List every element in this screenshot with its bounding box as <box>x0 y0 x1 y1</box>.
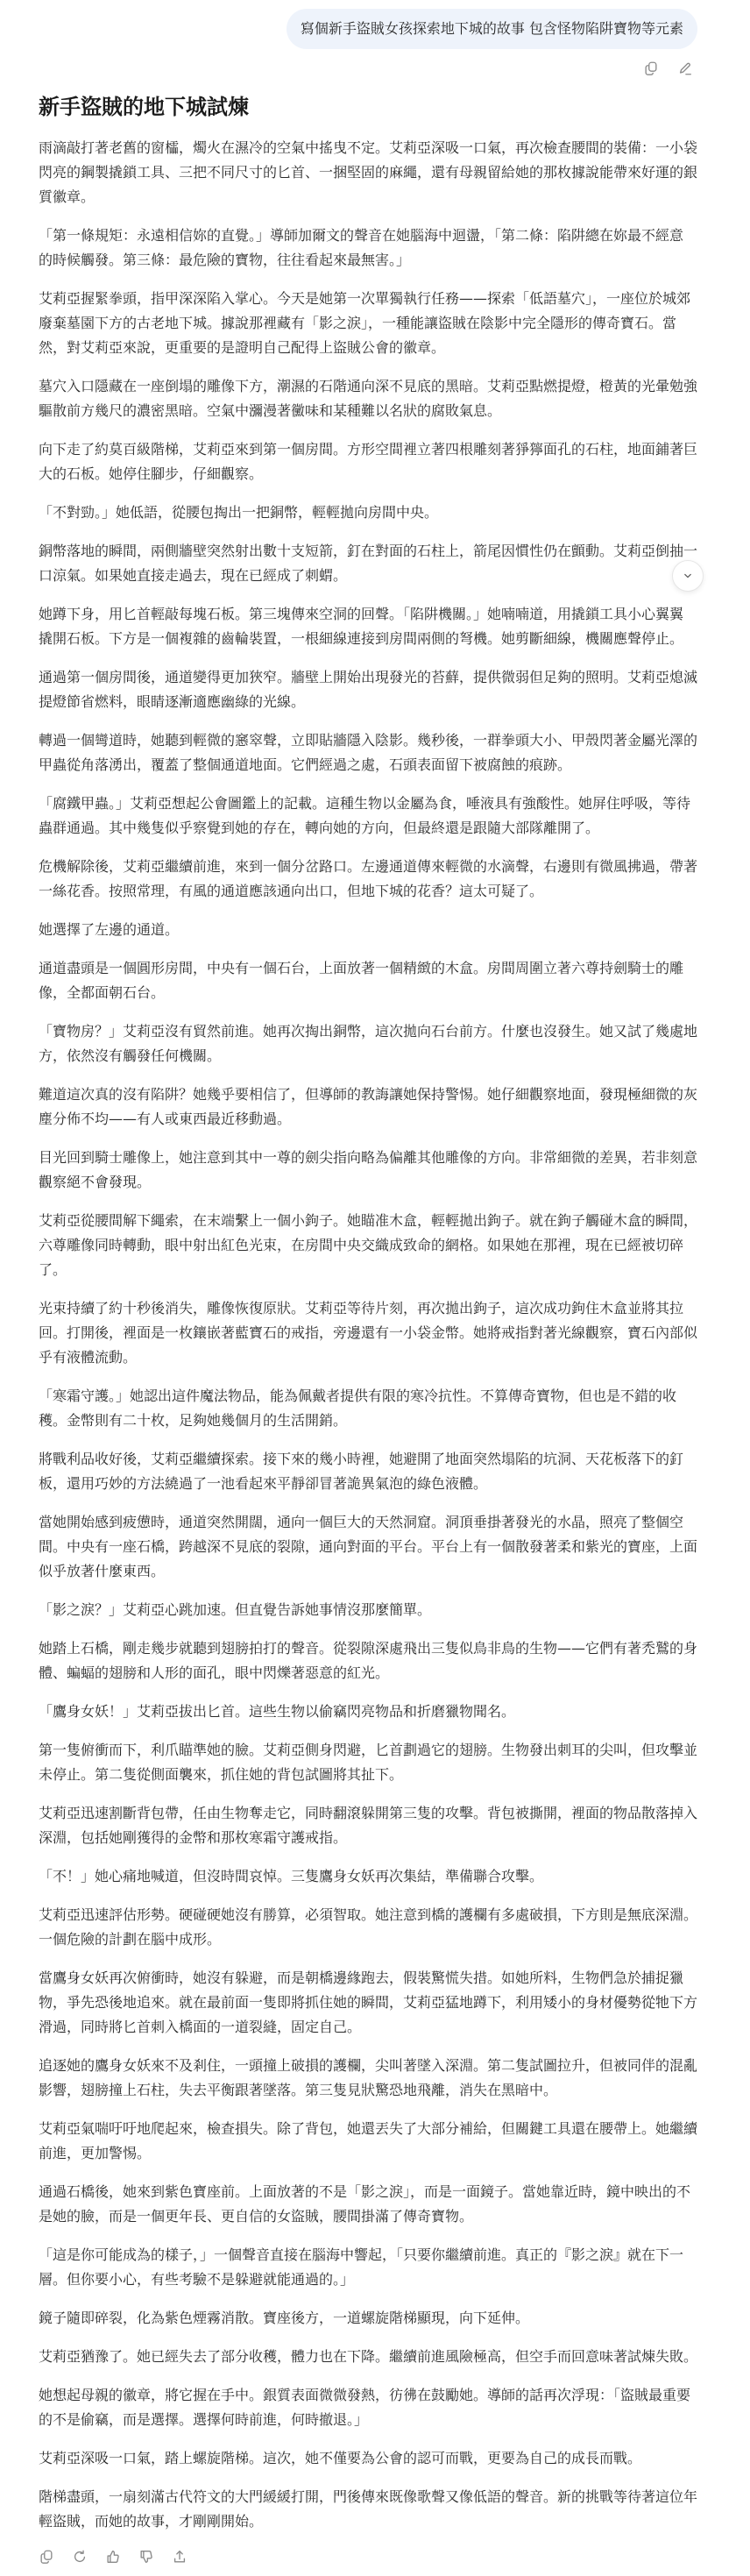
story-paragraph: 「寒霜守護。」她認出這件魔法物品，能為佩戴者提供有限的寒冷抗性。不算傳奇寶物，但… <box>39 1384 711 1433</box>
story-paragraph: 通過第一個房間後，通道變得更加狹窄。牆壁上開始出現發光的苔蘚，提供微弱但足夠的照… <box>39 665 711 714</box>
share-icon <box>172 2549 187 2565</box>
user-message-bubble: 寫個新手盜賊女孩探索地下城的故事 包含怪物陷阱寶物等元素 <box>287 9 697 49</box>
story-paragraph: 艾莉亞迅速評估形勢。硬碰硬她沒有勝算，必須智取。她注意到橋的護欄有多處破損，下方… <box>39 1903 711 1952</box>
story-paragraph: 「不！」她心痛地喊道，但沒時間哀悼。三隻鷹身女妖再次集結，準備聯合攻擊。 <box>39 1864 711 1889</box>
story-paragraph: 通過石橋後，她來到紫色寶座前。上面放著的不是「影之淚」，而是一面鏡子。當她靠近時… <box>39 2180 711 2229</box>
story-paragraph: 「腐鐵甲蟲。」艾莉亞想起公會圖鑑上的記載。這種生物以金屬為食，唾液具有強酸性。她… <box>39 791 711 841</box>
story-paragraph: 她蹲下身，用匕首輕敲每塊石板。第三塊傳來空洞的回聲。「陷阱機關。」她喃喃道，用撬… <box>39 602 711 651</box>
story-paragraph: 「不對勁。」她低語，從腰包掏出一把銅幣，輕輕拋向房間中央。 <box>39 500 711 525</box>
story-paragraph: 墓穴入口隱藏在一座倒塌的雕像下方，潮濕的石階通向深不見底的黑暗。艾莉亞點燃提燈，… <box>39 374 711 423</box>
story-paragraph: 艾莉亞深吸一口氣，踏上螺旋階梯。這次，她不僅要為公會的認可而戰，更要為自己的成長… <box>39 2446 711 2471</box>
story-paragraph: 當鷹身女妖再次俯衝時，她沒有躲避，而是朝橋邊緣跑去，假裝驚慌失措。如她所料，生物… <box>39 1966 711 2040</box>
story-paragraph: 艾莉亞迅速割斷背包帶，任由生物奪走它，同時翻滾躲開第三隻的攻擊。背包被撕開，裡面… <box>39 1801 711 1850</box>
story-paragraph: 第一隻俯衝而下，利爪瞄準她的臉。艾莉亞側身閃避，匕首劃過它的翅膀。生物發出刺耳的… <box>39 1738 711 1787</box>
story-paragraph: 通道盡頭是一個圓形房間，中央有一個石台，上面放著一個精緻的木盒。房間周圍立著六尊… <box>39 956 711 1005</box>
story-paragraph: 「鷹身女妖！」艾莉亞拔出匕首。這些生物以偷竊閃亮物品和折磨獵物聞名。 <box>39 1700 711 1724</box>
story-paragraph: 轉過一個彎道時，她聽到輕微的窸窣聲，立即貼牆隱入陰影。幾秒後，一群拳頭大小、甲殼… <box>39 728 711 777</box>
story-paragraph: 難道這次真的沒有陷阱？她幾乎要相信了，但導師的教誨讓她保持警惕。她仔細觀察地面，… <box>39 1082 711 1132</box>
story-paragraph: 艾莉亞猶豫了。她已經失去了部分收穫，體力也在下降。繼續前進風險極高，但空手而回意… <box>39 2345 711 2369</box>
story-paragraph: 階梯盡頭，一扇刻滿古代符文的大門緩緩打開，門後傳來既像歌聲又像低語的聲音。新的挑… <box>39 2485 711 2534</box>
story-paragraph: 「這是你可能成為的樣子，」一個聲音直接在腦海中響起，「只要你繼續前進。真正的『影… <box>39 2243 711 2292</box>
share-button[interactable] <box>172 2548 187 2565</box>
assistant-message: 新手盜賊的地下城試煉 雨滴敲打著老舊的窗櫺，燭火在濕冷的空氣中搖曳不定。艾莉亞深… <box>0 93 711 2565</box>
story-paragraph: 危機解除後，艾莉亞繼續前進，來到一個分岔路口。左邊通道傳來輕微的水滴聲，右邊則有… <box>39 855 711 904</box>
thumbs-down-button[interactable] <box>138 2548 154 2565</box>
story-paragraph: 「影之淚？」艾莉亞心跳加速。但直覺告訴她事情沒那麼簡單。 <box>39 1598 711 1622</box>
story-title: 新手盜賊的地下城試煉 <box>39 93 711 121</box>
story-paragraph: 雨滴敲打著老舊的窗櫺，燭火在濕冷的空氣中搖曳不定。艾莉亞深吸一口氣，再次檢查腰間… <box>39 136 711 209</box>
thumbs-up-button[interactable] <box>105 2548 121 2565</box>
edit-icon <box>677 60 693 76</box>
thumbs-up-icon <box>105 2549 121 2565</box>
story-paragraph: 向下走了約莫百級階梯，艾莉亞來到第一個房間。方形空間裡立著四根雕刻著猙獰面孔的石… <box>39 437 711 486</box>
story-paragraph: 鏡子隨即碎裂，化為紫色煙霧消散。寶座後方，一道螺旋階梯顯現，向下延伸。 <box>39 2306 711 2331</box>
story-paragraph: 「寶物房？」艾莉亞沒有貿然前進。她再次掏出銅幣，這次拋向石台前方。什麼也沒發生。… <box>39 1019 711 1068</box>
copy-user-message-button[interactable] <box>643 60 659 77</box>
copy-icon <box>643 60 659 76</box>
story-paragraph: 銅幣落地的瞬間，兩側牆壁突然射出數十支短箭，釘在對面的石柱上，箭尾因慣性仍在顫動… <box>39 539 711 588</box>
chevron-down-icon <box>681 569 695 583</box>
user-message-actions <box>0 60 750 77</box>
story-paragraph: 當她開始感到疲憊時，通道突然開闊，通向一個巨大的天然洞窟。洞頂垂掛著發光的水晶，… <box>39 1510 711 1584</box>
story-paragraph: 艾莉亞氣喘吁吁地爬起來，檢查損失。除了背包，她還丟失了大部分補給，但關鍵工具還在… <box>39 2117 711 2166</box>
story-paragraph: 「第一條規矩：永遠相信妳的直覺。」導師加爾文的聲音在她腦海中迴盪，「第二條：陷阱… <box>39 224 711 273</box>
story-paragraph: 將戰利品收好後，艾莉亞繼續探索。接下來的幾小時裡，她避開了地面突然塌陷的坑洞、天… <box>39 1447 711 1496</box>
story-paragraph: 她踏上石橋，剛走幾步就聽到翅膀拍打的聲音。從裂隙深處飛出三隻似鳥非鳥的生物——它… <box>39 1636 711 1685</box>
thumbs-down-icon <box>138 2549 154 2565</box>
copy-answer-button[interactable] <box>39 2548 54 2565</box>
regenerate-icon <box>72 2549 88 2565</box>
user-message-row: 寫個新手盜賊女孩探索地下城的故事 包含怪物陷阱寶物等元素 <box>0 9 750 49</box>
edit-user-message-button[interactable] <box>677 60 693 77</box>
story-paragraph: 她想起母親的徽章，將它握在手中。銀質表面微微發熱，彷彿在鼓勵她。導師的話再次浮現… <box>39 2383 711 2432</box>
regenerate-button[interactable] <box>72 2548 88 2565</box>
story-paragraph: 目光回到騎士雕像上，她注意到其中一尊的劍尖指向略為偏離其他雕像的方向。非常細微的… <box>39 1146 711 1195</box>
copy-icon <box>39 2549 54 2565</box>
story-paragraph: 光束持續了約十秒後消失，雕像恢復原狀。艾莉亞等待片刻，再次拋出鉤子，這次成功鉤住… <box>39 1296 711 1370</box>
story-paragraph: 艾莉亞握緊拳頭，指甲深深陷入掌心。今天是她第一次單獨執行任務——探索「低語墓穴」… <box>39 287 711 360</box>
story-paragraph: 她選擇了左邊的通道。 <box>39 918 711 942</box>
story-paragraph: 艾莉亞從腰間解下繩索，在末端繫上一個小鉤子。她瞄准木盒，輕輕拋出鉤子。就在鉤子觸… <box>39 1209 711 1282</box>
chat-page: 寫個新手盜賊女孩探索地下城的故事 包含怪物陷阱寶物等元素 新手盜賊的地下城試煉 … <box>0 0 750 2576</box>
scroll-to-bottom-button[interactable] <box>672 560 704 592</box>
assistant-message-actions <box>39 2548 711 2565</box>
story-paragraph: 追逐她的鷹身女妖來不及剎住，一頭撞上破損的護欄，尖叫著墜入深淵。第二隻試圖拉升，… <box>39 2054 711 2103</box>
